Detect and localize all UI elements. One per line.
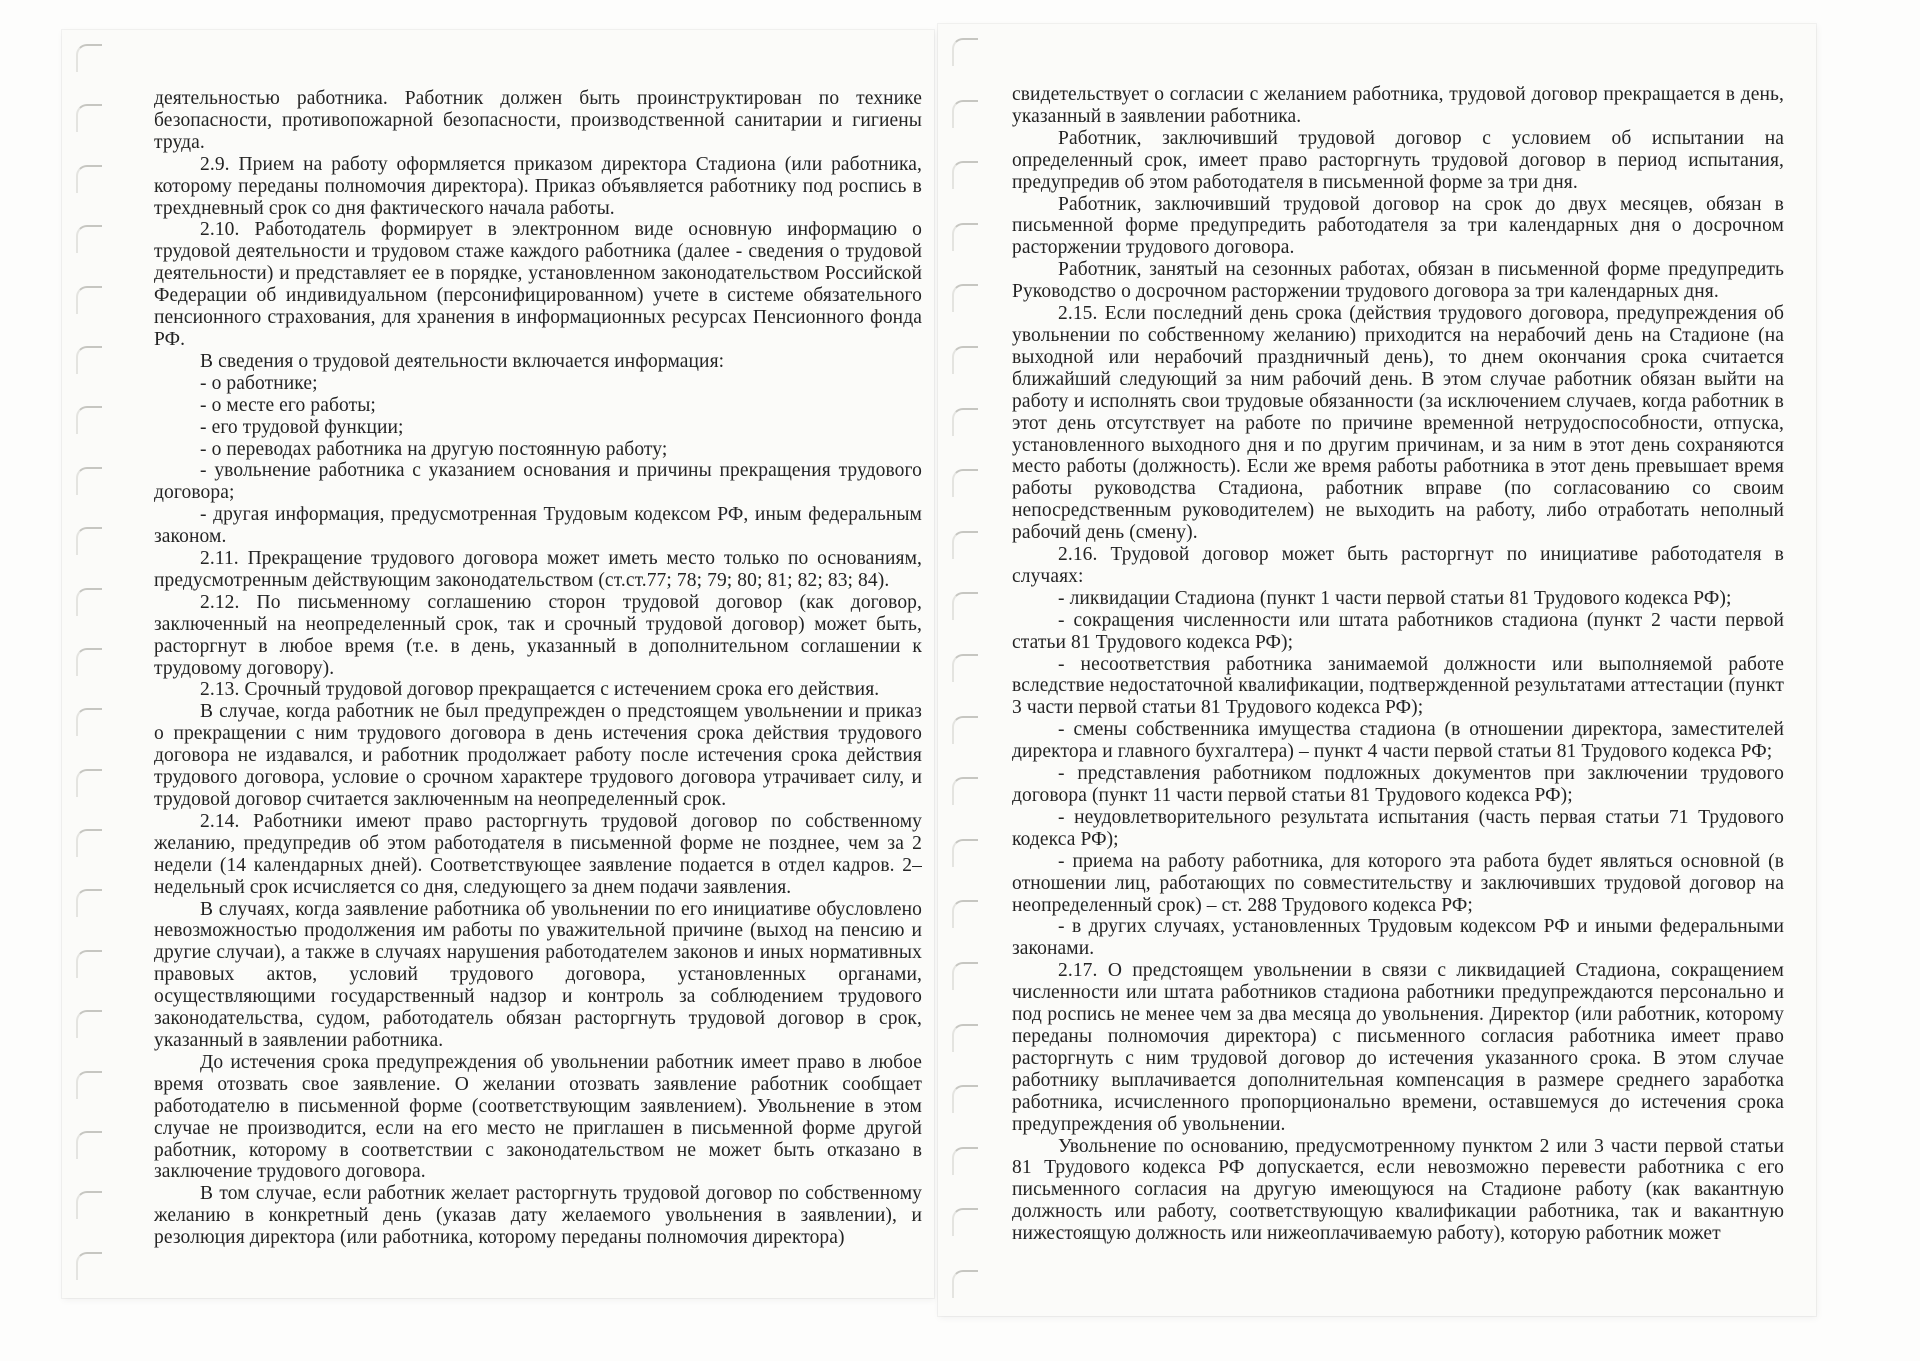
paragraph: - другая информация, предусмотренная Тру… (154, 504, 922, 548)
page-left: деятельностью работника. Работник должен… (62, 30, 934, 1298)
paragraph: Увольнение по основанию, предусмотренном… (1012, 1136, 1784, 1246)
binding-mark-icon (952, 592, 978, 620)
paragraph: В том случае, если работник желает расто… (154, 1183, 922, 1249)
binding-mark-icon (952, 839, 978, 867)
paragraph: 2.12. По письменному соглашению сторон т… (154, 592, 922, 680)
binding-mark-icon (76, 406, 102, 434)
binding-mark-icon (952, 408, 978, 436)
binding-mark-icon (952, 777, 978, 805)
paragraph: Работник, заключивший трудовой договор н… (1012, 194, 1784, 260)
paragraph: В случаях, когда заявление работника об … (154, 899, 922, 1052)
paragraph: 2.14. Работники имеют право расторгнуть … (154, 811, 922, 899)
binding-mark-icon (952, 284, 978, 312)
paragraph: Работник, занятый на сезонных работах, о… (1012, 259, 1784, 303)
binding-mark-icon (76, 1071, 102, 1099)
binding-mark-icon (952, 900, 978, 928)
binding-mark-icon (76, 286, 102, 314)
binding-mark-icon (952, 100, 978, 128)
paragraph: - приема на работу работника, для которо… (1012, 851, 1784, 917)
binding-mark-icon (76, 950, 102, 978)
binding-mark-icon (76, 588, 102, 616)
page-left-text: деятельностью работника. Работник должен… (154, 88, 922, 1249)
binding-mark-icon (76, 648, 102, 676)
paragraph: - неудовлетворительного результата испыт… (1012, 807, 1784, 851)
paragraph: - смены собственника имущества стадиона … (1012, 719, 1784, 763)
paragraph: - сокращения численности или штата работ… (1012, 610, 1784, 654)
binding-mark-icon (952, 469, 978, 497)
paragraph: - о переводах работника на другую постоя… (154, 439, 922, 461)
paragraph: - о работнике; (154, 373, 922, 395)
binding-mark-icon (76, 346, 102, 374)
paragraph: - его трудовой функции; (154, 417, 922, 439)
paragraph: 2.15. Если последний день срока (действи… (1012, 303, 1784, 544)
binding-mark-icon (76, 1010, 102, 1038)
binding-mark-icon (952, 1085, 978, 1113)
paragraph: 2.11. Прекращение трудового договора мож… (154, 548, 922, 592)
binding-mark-icon (76, 467, 102, 495)
binding-mark-icon (76, 44, 102, 72)
binding-mark-icon (76, 1131, 102, 1159)
paragraph: - несоответствия работника занимаемой до… (1012, 654, 1784, 720)
paragraph: Работник, заключивший трудовой договор с… (1012, 128, 1784, 194)
binding-mark-icon (952, 1024, 978, 1052)
binding-mark-icon (952, 223, 978, 251)
binding-marks (76, 44, 110, 1280)
paragraph: - представления работником подложных док… (1012, 763, 1784, 807)
paragraph: - о месте его работы; (154, 395, 922, 417)
binding-mark-icon (952, 346, 978, 374)
binding-marks (952, 38, 986, 1298)
paragraph: 2.10. Работодатель формирует в электронн… (154, 219, 922, 350)
page-right-text: свидетельствует о согласии с желанием ра… (1012, 84, 1784, 1245)
binding-mark-icon (76, 829, 102, 857)
binding-mark-icon (952, 962, 978, 990)
paragraph: 2.9. Прием на работу оформляется приказо… (154, 154, 922, 220)
paragraph: 2.17. О предстоящем увольнении в связи с… (1012, 960, 1784, 1135)
binding-mark-icon (76, 225, 102, 253)
page-right: свидетельствует о согласии с желанием ра… (938, 24, 1816, 1316)
binding-mark-icon (76, 708, 102, 736)
binding-mark-icon (76, 769, 102, 797)
binding-mark-icon (952, 1208, 978, 1236)
binding-mark-icon (952, 161, 978, 189)
paragraph: 2.16. Трудовой договор может быть растор… (1012, 544, 1784, 588)
binding-mark-icon (952, 1270, 978, 1298)
paragraph: - ликвидации Стадиона (пункт 1 части пер… (1012, 588, 1784, 610)
binding-mark-icon (952, 654, 978, 682)
paragraph: свидетельствует о согласии с желанием ра… (1012, 84, 1784, 128)
binding-mark-icon (76, 1252, 102, 1280)
document-scan: { "document": { "kind": "scanned-pages-s… (0, 0, 1920, 1361)
binding-mark-icon (952, 531, 978, 559)
paragraph: - в других случаях, установленных Трудов… (1012, 916, 1784, 960)
paragraph: В сведения о трудовой деятельности включ… (154, 351, 922, 373)
paragraph: 2.13. Срочный трудовой договор прекращае… (154, 679, 922, 701)
binding-mark-icon (952, 1147, 978, 1175)
paragraph: В случае, когда работник не был предупре… (154, 701, 922, 811)
paragraph: деятельностью работника. Работник должен… (154, 88, 922, 154)
binding-mark-icon (76, 104, 102, 132)
paragraph: До истечения срока предупреждения об уво… (154, 1052, 922, 1183)
paragraph: - увольнение работника с указанием основ… (154, 460, 922, 504)
binding-mark-icon (952, 716, 978, 744)
binding-mark-icon (76, 527, 102, 555)
binding-mark-icon (76, 889, 102, 917)
binding-mark-icon (76, 165, 102, 193)
binding-mark-icon (76, 1191, 102, 1219)
binding-mark-icon (952, 38, 978, 66)
